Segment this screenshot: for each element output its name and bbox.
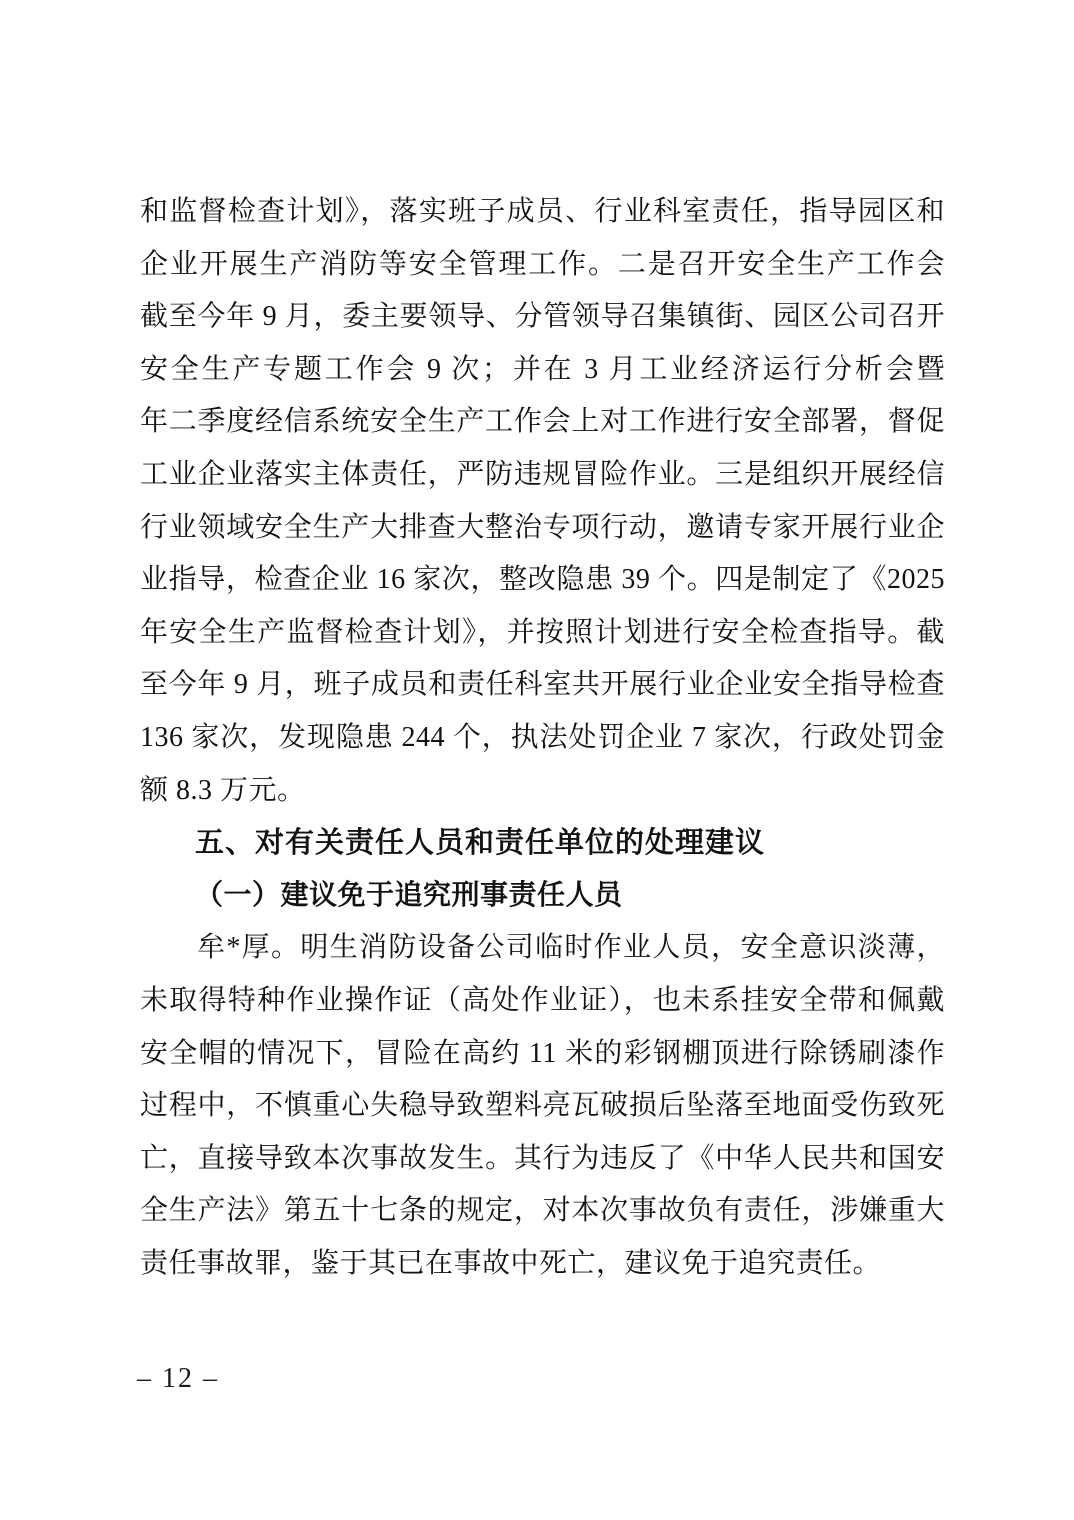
page-body: 和监督检查计划》，落实班子成员、行业科室责任，指导园区和 企业开展生产消防等安全…	[140, 186, 945, 1290]
body-line: 安全生产专题工作会 9 次；并在 3 月工业经济运行分析会暨 2025	[140, 344, 945, 397]
page-number: – 12 –	[137, 1363, 219, 1395]
body-line: 工业企业落实主体责任，严防违规冒险作业。三是组织开展经信	[140, 449, 945, 502]
body-line: 年二季度经信系统安全生产工作会上对工作进行安全部署，督促	[140, 396, 945, 449]
body-line: 牟*厚。明生消防设备公司临时作业人员，安全意识淡薄，在	[140, 922, 945, 975]
document-page: 和监督检查计划》，落实班子成员、行业科室责任，指导园区和 企业开展生产消防等安全…	[0, 0, 1074, 1520]
body-line: 责任事故罪，鉴于其已在事故中死亡，建议免于追究责任。	[140, 1238, 945, 1291]
body-line: 业指导，检查企业 16 家次，整改隐患 39 个。四是制定了《2025	[140, 554, 945, 607]
section-heading: 五、对有关责任人员和责任单位的处理建议	[140, 817, 945, 870]
body-line: 136 家次，发现隐患 244 个，执法处罚企业 7 家次，行政处罚金	[140, 712, 945, 765]
body-line: 和监督检查计划》，落实班子成员、行业科室责任，指导园区和	[140, 186, 945, 239]
body-line: 企业开展生产消防等安全管理工作。二是召开安全生产工作会议。	[140, 239, 945, 292]
body-line: 年安全生产监督检查计划》，并按照计划进行安全检查指导。截	[140, 607, 945, 660]
body-line: 额 8.3 万元。	[140, 765, 945, 818]
body-line: 亡，直接导致本次事故发生。其行为违反了《中华人民共和国安	[140, 1133, 945, 1186]
body-line: 安全帽的情况下，冒险在高约 11 米的彩钢棚顶进行除锈刷漆作业	[140, 1028, 945, 1081]
body-line: 截至今年 9 月，委主要领导、分管领导召集镇街、园区公司召开	[140, 291, 945, 344]
body-line: 未取得特种作业操作证（高处作业证），也未系挂安全带和佩戴	[140, 975, 945, 1028]
body-line: 过程中，不慎重心失稳导致塑料亮瓦破损后坠落至地面受伤致死	[140, 1080, 945, 1133]
body-line: 行业领域安全生产大排查大整治专项行动，邀请专家开展行业企	[140, 502, 945, 555]
body-line: 全生产法》第五十七条的规定，对本次事故负有责任，涉嫌重大	[140, 1185, 945, 1238]
body-line: 至今年 9 月，班子成员和责任科室共开展行业企业安全指导检查	[140, 659, 945, 712]
subsection-heading: （一）建议免于追究刑事责任人员	[140, 870, 945, 923]
